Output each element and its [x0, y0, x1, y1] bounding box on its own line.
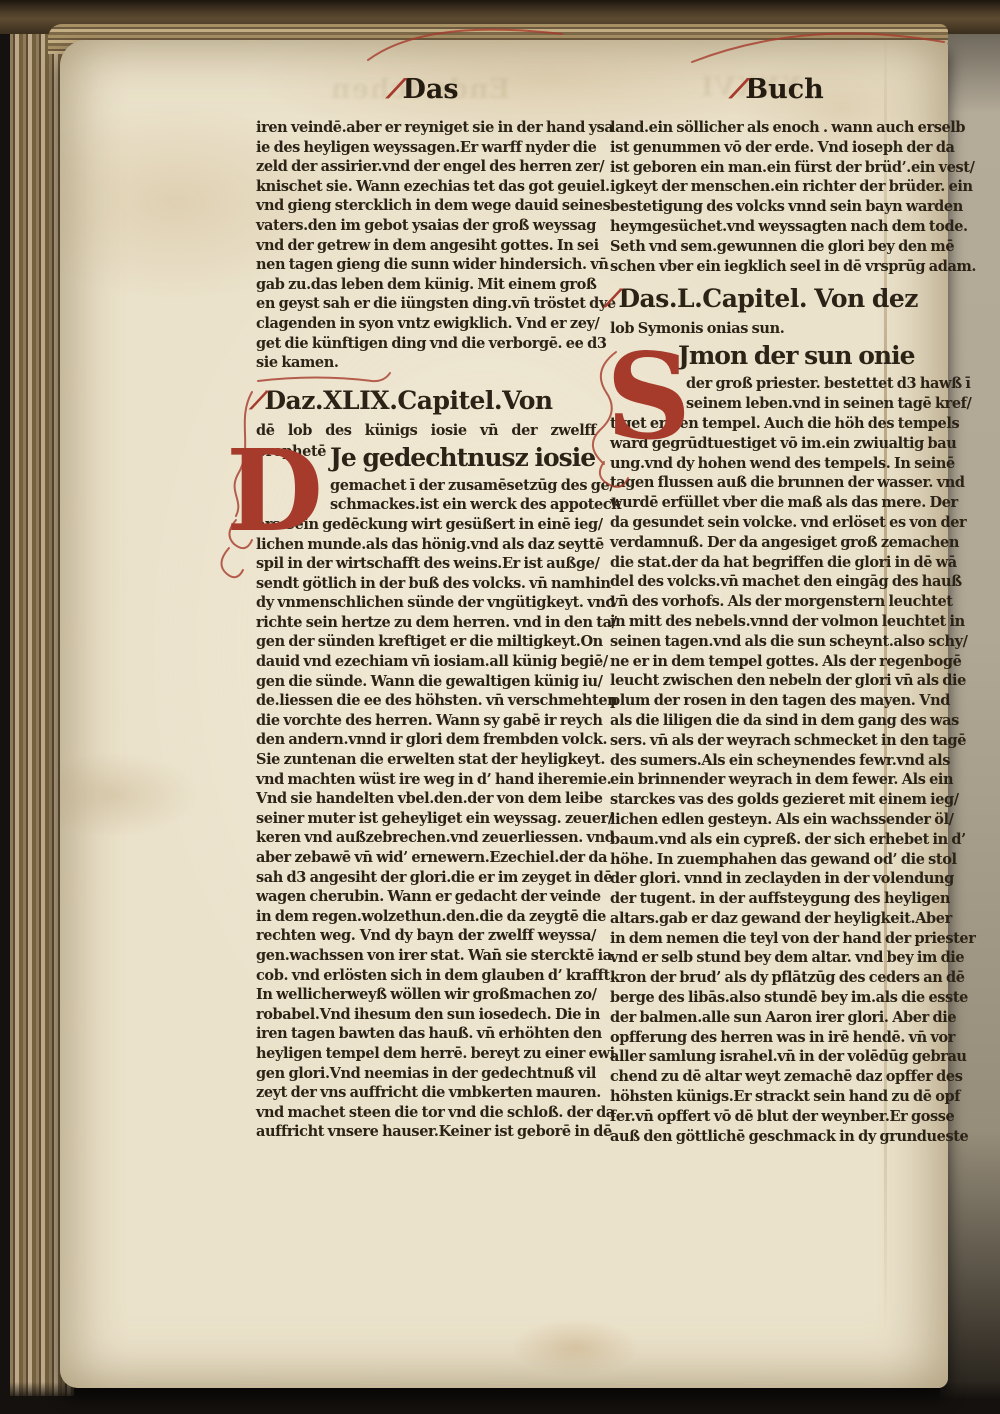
text-line: heyligen tempel dem herrē. bereyt zu ein… [256, 1044, 596, 1064]
text-line: gen glori.Vnd neemias in der gedechtnuß … [256, 1064, 596, 1084]
text-line: ein brinnender weyrach in dem fewer. Als… [610, 770, 950, 790]
text-line: spil in der wirtschafft des weins.Er ist… [256, 554, 596, 574]
text-line: da gesundet sein volcke. vnd erlöset es … [610, 513, 950, 533]
text-line: vnd gieng stercklich in dem wege dauid s… [256, 196, 596, 216]
chapter-body: ers.Sein gedēckung wirt gesüßert in einē… [256, 515, 596, 1142]
text-line: de.liessen die ee des höhsten. vn̄ versc… [256, 691, 596, 711]
text-line: sendt götlich in der buß des volcks. vn̄… [256, 574, 596, 594]
text-line: plum der rosen in den tagen des mayen. V… [610, 691, 950, 711]
text-line: ie des heyligen weyssagen.Er warff nyder… [256, 138, 596, 158]
text-line: get die künftigen ding vnd die verborgē.… [256, 334, 596, 354]
text-line: verdamnuß. Der da angesiget groß zemache… [610, 533, 950, 553]
text-line: vaters.den im gebot ysaias der groß weys… [256, 216, 596, 236]
text-line: aller samlung israhel.vn̄ in der volēdūg… [610, 1047, 950, 1067]
text-line: vnd er selb stund bey dem altar. vnd bey… [610, 948, 950, 968]
text-line: keren vnd außzebrechen.vnd zeuerliessen.… [256, 828, 596, 848]
chapter-opening-line: Je gedechtnusz iosie [330, 442, 596, 476]
text-line: wurdē erfüllet vber die maß als das mere… [610, 493, 950, 513]
text-line: clagenden in syon vntz ewigklich. Vnd er… [256, 314, 596, 334]
paragraph-end-line: sie kamen. [256, 353, 596, 373]
text-line: land.ein söllicher als enoch . wann auch… [610, 118, 950, 138]
chapter-heading-text: Das.L.Capitel. Von dez [618, 284, 918, 313]
text-line: in dem nemen die teyl von der hand der p… [610, 929, 950, 949]
text-line: dauid vnd ezechiam vn̄ iosiam.all künig … [256, 652, 596, 672]
text-column-right: land.ein söllicher als enoch . wann auch… [610, 118, 950, 1146]
text-line: knischet sie. Wann ezechias tet das got … [256, 177, 596, 197]
text-line: den andern.vnnd ir glori dem frembden vo… [256, 730, 596, 750]
text-line: schmackes.ist ein werck des appoteck [330, 495, 596, 515]
text-line: starckes vas des golds gezieret mit eine… [610, 790, 950, 810]
text-line: cob. vnd erlösten sich in dem glauben d’… [256, 966, 596, 986]
text-line: des sumers.Als ein scheynendes fewr.vnd … [610, 751, 950, 771]
text-line: baum.vnd als ein cypreß. der sich erhebe… [610, 830, 950, 850]
chapter-body: tiget er den tempel. Auch die höh des te… [610, 414, 950, 1146]
text-line: sah d3 angesiht der glori.die er im zeyg… [256, 868, 596, 888]
text-line: zeld der assirier.vnd der engel des herr… [256, 157, 596, 177]
text-line: der glori. vnnd in zeclayden in der vole… [610, 869, 950, 889]
text-line: heymgesüchet.vnd weyssagten nach dem tod… [610, 217, 950, 237]
text-line: vnd machten wüst ire weg in d’ hand iher… [256, 770, 596, 790]
dropcap-indented-lines: gemachet ī der zusamēsetzūg des ge/schma… [330, 476, 596, 515]
text-line: altars.gab er daz gewand der heyligkeit.… [610, 909, 950, 929]
chapter-heading-text: Daz.XLIX.Capitel.Von [264, 386, 552, 415]
text-line: dy vnmenschlichen sünde der vngütigkeyt.… [256, 593, 596, 613]
text-line: opfferung des herren was in irē hendē. v… [610, 1028, 950, 1048]
text-line: die vorchte des herren. Wann sy gabē ir … [256, 711, 596, 731]
text-line: gemachet ī der zusamēsetzūg des ge/ [330, 476, 596, 496]
text-line: seinen tagen.vnd als die sun scheynt.als… [610, 632, 950, 652]
text-line: igkeyt der menschen.ein richter der brüd… [610, 177, 950, 197]
text-line: aber zebawē vn̄ wid’ ernewern.Ezechiel.d… [256, 848, 596, 868]
text-line: schen vber ein iegklich seel in dē vrspr… [610, 257, 950, 277]
text-line: Sie zuntenan die erwelten stat der heyli… [256, 750, 596, 770]
text-line: kron der brud’ als dy pflātzūg des ceder… [610, 968, 950, 988]
text-line: gab zu.das leben dem künig. Mit einem gr… [256, 275, 596, 295]
drop-cap-initial-s: S [606, 338, 691, 456]
text-line: in dem regen.wolzethun.den.die da zeygtē… [256, 907, 596, 927]
text-line: gen.wachssen von irer stat. Wan̄ sie ste… [256, 946, 596, 966]
text-line: als die liligen die da sind in dem gang … [610, 711, 950, 731]
text-line: ist geboren ein man.ein fürst der brüd’.… [610, 158, 950, 178]
text-line: fer.vn̄ opffert vō dē blut der weynber.E… [610, 1107, 950, 1127]
text-line: auß den göttlichē geschmack in dy grundu… [610, 1127, 950, 1147]
chapter-opening-line: Jmon der sun onie [678, 340, 950, 374]
book-photograph: Ende ſchen XXXVI ⁄⁄Das ⁄⁄Buch iren veind… [0, 0, 1000, 1414]
rubric-paragraph-mark: ⁄⁄ [388, 74, 401, 105]
text-line: in mitt des nebels.vnnd der volmon leuch… [610, 612, 950, 632]
running-header-buch: ⁄⁄Buch [610, 74, 950, 105]
paragraph-continuation: land.ein söllicher als enoch . wann auch… [610, 118, 950, 276]
text-line: leucht zwischen den nebeln der glori vn̄… [610, 671, 950, 691]
text-line: berge des libās.also stundē bey im.als d… [610, 988, 950, 1008]
rubric-paragraph-mark: ⁄⁄ [731, 74, 744, 105]
text-line: robabel.Vnd ihesum den sun iosedech. Die… [256, 1005, 596, 1025]
text-line: sers. vn̄ als der weyrach schmecket in d… [610, 731, 950, 751]
text-line: zeyt der vns auffricht die vmbkerten mau… [256, 1083, 596, 1103]
text-line: chend zu dē altar weyt zemachē daz opffe… [610, 1067, 950, 1087]
text-line: wagen cherubin. Wann er gedacht der vein… [256, 887, 596, 907]
text-line: In wellicherweyß wöllen wir großmachen z… [256, 985, 596, 1005]
text-line: Seth vnd sem.gewunnen die glori bey den … [610, 237, 950, 257]
text-line: gen die sünde. Wann die gewaltigen künig… [256, 672, 596, 692]
text-line: Vnd sie handelten vbel.den.der von dem l… [256, 789, 596, 809]
chapter-heading-l: ⁄⁄Das.L.Capitel. Von dez [610, 282, 950, 318]
text-line: rechten weg. Vnd dy bayn der zwelff weys… [256, 926, 596, 946]
text-line: der tugent. in der auffsteygung des heyl… [610, 889, 950, 909]
text-line: vn̄ des vorhofs. Als der morgenstern leu… [610, 592, 950, 612]
text-line: iren veindē.aber er reyniget sie in der … [256, 118, 596, 138]
text-line: ist genummen vō der erde. Vnd ioseph der… [610, 138, 950, 158]
text-line: auffricht vnsere hauser.Keiner ist gebor… [256, 1122, 596, 1142]
text-column-left: iren veindē.aber er reyniget sie in der … [256, 118, 596, 1142]
text-line: seinem leben.vnd in seinen tagē kref/ [686, 394, 950, 414]
text-line: vnd machet steen die tor vnd die schloß.… [256, 1103, 596, 1123]
text-line: der balmen.alle sun Aaron irer glori. Ab… [610, 1008, 950, 1028]
running-header-text: Buch [745, 74, 824, 105]
running-header-das: ⁄⁄Das [256, 74, 596, 105]
text-line: nen tagen gieng die sunn wider hindersic… [256, 255, 596, 275]
chapter-heading-xlix: ⁄⁄Daz.XLIX.Capitel.Von [256, 384, 596, 420]
dropcap-indented-lines: der groß priester. bestettet d3 hawß īse… [686, 374, 950, 414]
running-header-text: Das [402, 74, 458, 105]
text-line: vnd der getrew in dem angesiht gottes. I… [256, 236, 596, 256]
text-line: tagen flussen auß die brunnen der wasser… [610, 473, 950, 493]
text-line: die stat.der da hat begriffen die glori … [610, 553, 950, 573]
text-line: ne er in dem tempel gottes. Als der rege… [610, 652, 950, 672]
text-line: richte sein hertze zu dem herren. vnd in… [256, 613, 596, 633]
text-line: gen der sünden kreftiget er die miltigke… [256, 632, 596, 652]
text-line: seiner muter ist geheyliget ein weyssag.… [256, 809, 596, 829]
text-line: del des volcks.vn̄ machet den eingāg des… [610, 572, 950, 592]
text-line: lichen edlen gesteyn. Als ein wachssende… [610, 810, 950, 830]
text-line: höhe. In zuemphahen das gewand od’ die s… [610, 850, 950, 870]
text-line: bestetigung des volcks vnnd sein bayn wa… [610, 197, 950, 217]
text-line: iren tagen bawten das hauß. vn̄ erhöhten… [256, 1024, 596, 1044]
text-line: der groß priester. bestettet d3 hawß ī [686, 374, 950, 394]
text-line: höhsten künigs.Er strackt sein hand zu d… [610, 1087, 950, 1107]
paragraph-continuation: iren veindē.aber er reyniget sie in der … [256, 118, 596, 353]
drop-cap-initial-d: D [226, 436, 323, 548]
text-line: en geyst sah er die iüngsten ding.vn̄ tr… [256, 294, 596, 314]
